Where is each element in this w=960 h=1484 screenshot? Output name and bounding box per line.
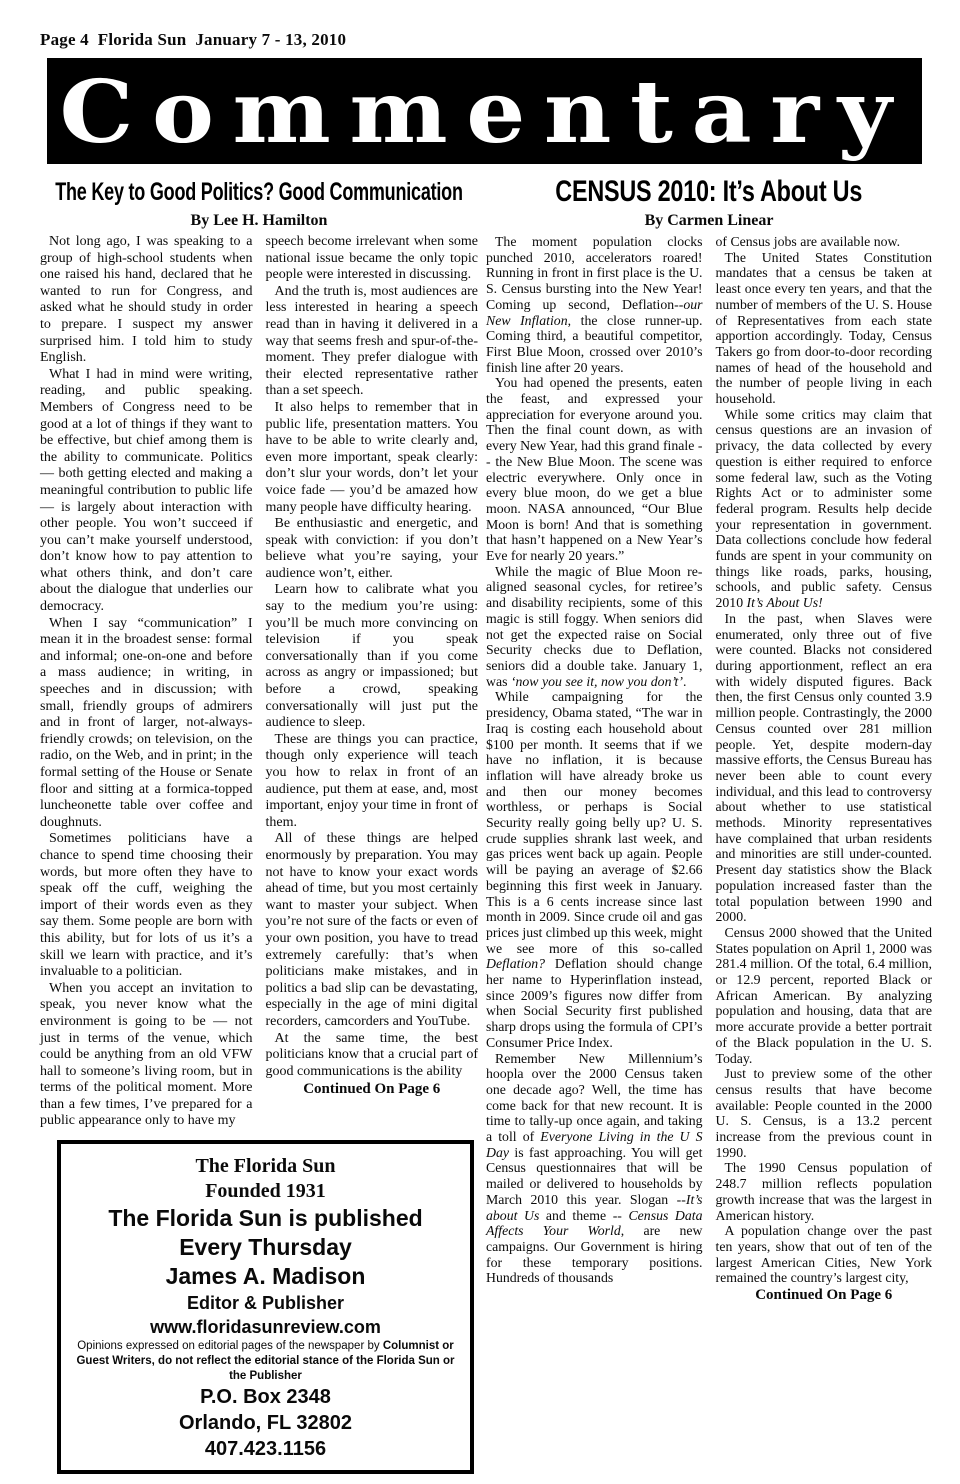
article-paragraph: In the past, when Slaves were enumerated… [716,611,933,925]
article-paragraph: What I had in mind were writing, reading… [40,367,253,616]
article-title-wrap: The Key to Good Politics? Good Communica… [40,173,478,211]
article-title: CENSUS 2010: It’s About Us [556,175,863,209]
article-paragraph: And the truth is, most audiences are les… [266,284,479,400]
publisher-box-line: Founded 1931 [67,1179,464,1204]
article-paragraph: Sometimes politicians have a chance to s… [40,831,253,980]
article-paragraph: All of these things are helped enormousl… [266,831,479,1030]
page-header: Page 4 Florida Sun January 7 - 13, 2010 [40,30,932,50]
article-paragraph: While the magic of Blue Moon re-aligned … [486,564,703,690]
article-column-wrap: of Census jobs are available now.The Uni… [716,234,933,1304]
article-column: Not long ago, I was speaking to a group … [40,234,253,1130]
publisher-box-line: The Florida Sun [67,1154,464,1179]
article-paragraph: While some critics may claim that census… [716,407,933,611]
article-column-wrap: The moment population clocks punched 201… [486,234,703,1304]
article-columns: The moment population clocks punched 201… [486,234,932,1304]
article-column: of Census jobs are available now.The Uni… [716,234,933,1286]
article-column-wrap: Not long ago, I was speaking to a group … [40,234,253,1130]
article-paragraph: speech become irrelevant when some natio… [266,234,479,284]
newspaper-page: Page 4 Florida Sun January 7 - 13, 2010 … [0,0,960,1474]
article-paragraph: At the same time, the best politicians k… [266,1031,479,1081]
publisher-box-line: www.floridasunreview.com [67,1315,464,1339]
banner-title: Commentary [59,66,910,156]
publisher-box-line: Every Thursday [67,1233,464,1262]
articles-area: The Key to Good Politics? Good Communica… [40,173,932,1474]
article-paragraph: Remember New Millennium’s hoopla over th… [486,1051,703,1287]
article-paragraph: Learn how to calibrate what you say to t… [266,582,479,731]
article-columns: Not long ago, I was speaking to a group … [40,234,478,1130]
article-paragraph: Census 2000 showed that the United State… [716,925,933,1066]
article-paragraph: When you accept an invitation to speak, … [40,981,253,1130]
continued-notice: Continued On Page 6 [716,1287,933,1304]
publisher-box-line: Guest Writers, do not reflect the editor… [67,1354,464,1384]
article-paragraph: A population change over the past ten ye… [716,1223,933,1286]
article-title-wrap: CENSUS 2010: It’s About Us [486,173,932,211]
article-paragraph: When I say “communication” I mean it in … [40,616,253,832]
article-paragraph: It also helps to remember that in public… [266,400,479,516]
continued-notice: Continued On Page 6 [266,1081,479,1098]
article-byline: By Carmen Linear [486,212,932,230]
article-paragraph: Be enthusiastic and energetic, and speak… [266,516,479,582]
publisher-box-line: P.O. Box 2348 [67,1384,464,1410]
article-column: The moment population clocks punched 201… [486,234,703,1286]
article-good-communication: The Key to Good Politics? Good Communica… [40,173,478,1474]
publisher-box-line: Orlando, FL 32802 [67,1410,464,1436]
publisher-box-line: Opinions expressed on editorial pages of… [67,1339,464,1354]
article-paragraph: Not long ago, I was speaking to a group … [40,234,253,367]
article-paragraph: The moment population clocks punched 201… [486,234,703,375]
article-title: The Key to Good Politics? Good Communica… [55,178,463,207]
article-column: speech become irrelevant when some natio… [266,234,479,1080]
article-census-2010: CENSUS 2010: It’s About Us By Carmen Lin… [486,173,932,1474]
article-paragraph: The 1990 Census population of 248.7 mill… [716,1160,933,1223]
article-paragraph: of Census jobs are available now. [716,234,933,250]
article-paragraph: While campaigning for the presidency, Ob… [486,689,703,1050]
publisher-box-line: 407.423.1156 [67,1436,464,1462]
article-paragraph: The United States Constitution mandates … [716,250,933,407]
article-paragraph: You had opened the presents, eaten the f… [486,375,703,563]
article-column-wrap: speech become irrelevant when some natio… [266,234,479,1130]
publisher-box-line: James A. Madison [67,1262,464,1291]
publisher-box-line: The Florida Sun is published [67,1204,464,1233]
publisher-box: The Florida SunFounded 1931The Florida S… [57,1140,474,1474]
publisher-box-line: Editor & Publisher [67,1291,464,1315]
article-paragraph: These are things you can practice, thoug… [266,732,479,832]
commentary-banner: Commentary [47,58,922,164]
article-byline: By Lee H. Hamilton [40,212,478,230]
publisher-box-lines: The Florida SunFounded 1931The Florida S… [67,1154,464,1462]
article-paragraph: Just to preview some of the other census… [716,1066,933,1160]
